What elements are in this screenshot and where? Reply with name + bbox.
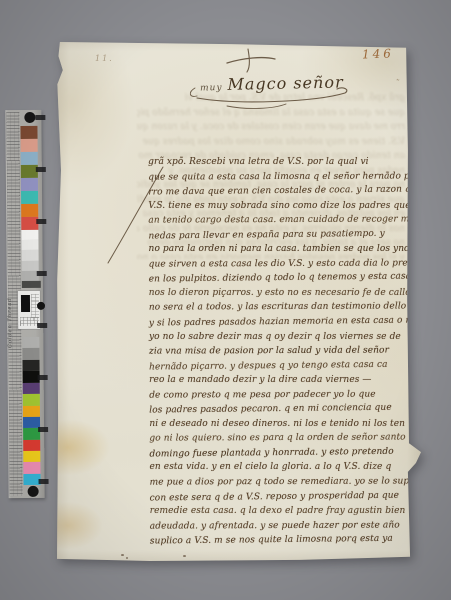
ink-speck: [183, 555, 186, 557]
manuscript-page: grã xpõ. Rescebi vna letra de V.S. por l…: [57, 41, 421, 562]
folio-check-mark: „: [396, 74, 403, 83]
ghost-line: rro me dava que eran cien costales de co…: [137, 120, 405, 135]
manuscript-line: me pue a dios por paz q todo se remediar…: [150, 474, 412, 490]
cross-mark: [247, 49, 249, 72]
letter-body: grã xpõ. Rescebi vna letra de V.S. por l…: [148, 154, 412, 548]
manuscript-line: yo no lo sabre dezir mas q oy dezir q lo…: [149, 330, 411, 345]
manuscript-line: nos lo dieron piçarros. y esto no es nec…: [149, 286, 411, 301]
ghost-line: que se quita a esta casa la limosna q el…: [137, 106, 405, 121]
ghost-line: V.S. tiene es muy sobrada sino como dize…: [137, 135, 405, 150]
salutation-prefix: muy: [200, 83, 223, 93]
manuscript-line: rro me dava que eran cien costales de co…: [148, 183, 410, 201]
ink-speck: [126, 557, 128, 559]
manuscript-line: y si los padres pasados hazian memoria e…: [149, 314, 411, 332]
manuscript-line: en esta vida. y en el cielo la gloria. a…: [150, 460, 412, 475]
manuscript-page-wrap: grã xpõ. Rescebi vna letra de V.S. por l…: [0, 0, 451, 600]
manuscript-line: ni e deseado ni deseo dineros. ni los e …: [149, 417, 411, 432]
archival-photo-stage: Golden Thread: [0, 0, 451, 600]
manuscript-line: grã xpõ. Rescebi vna letra de V.S. por l…: [148, 155, 410, 170]
manuscript-line: V.S. tiene es muy sobrada sino como dize…: [148, 199, 410, 214]
manuscript-line: los padres pasados pecaron. q en mi conc…: [149, 401, 411, 419]
manuscript-line: remedie esta casa. q la dexo el padre fr…: [150, 504, 412, 519]
corner-annotation: 11.: [95, 54, 114, 63]
ink-speck: [121, 554, 124, 556]
letter-salutation: muy Magco señor: [200, 72, 344, 94]
folio-number: 146: [362, 46, 394, 61]
manuscript-line: con este sera q de a V.S. reposo y prosp…: [150, 488, 412, 506]
manuscript-line: reo la e mandado dezir y la dire cada vi…: [149, 373, 411, 388]
manuscript-line: suplico a V.S. m se nos quite la limosna…: [150, 532, 412, 550]
manuscript-line: no para la orden ni para la casa. tambie…: [149, 242, 411, 257]
ghost-line: grã xpõ. Rescebi vna letra de V.S. por l…: [137, 91, 405, 106]
manuscript-line: zia vna misa de pasion por la salud y vi…: [149, 344, 411, 360]
cross-mark: [227, 58, 275, 63]
manuscript-line: en los pulpitos. diziendo q todo lo q te…: [149, 270, 411, 288]
heading-underline-2: [227, 104, 286, 108]
salutation-main: Magco señor: [227, 72, 343, 93]
heading-flourish: [190, 88, 197, 96]
